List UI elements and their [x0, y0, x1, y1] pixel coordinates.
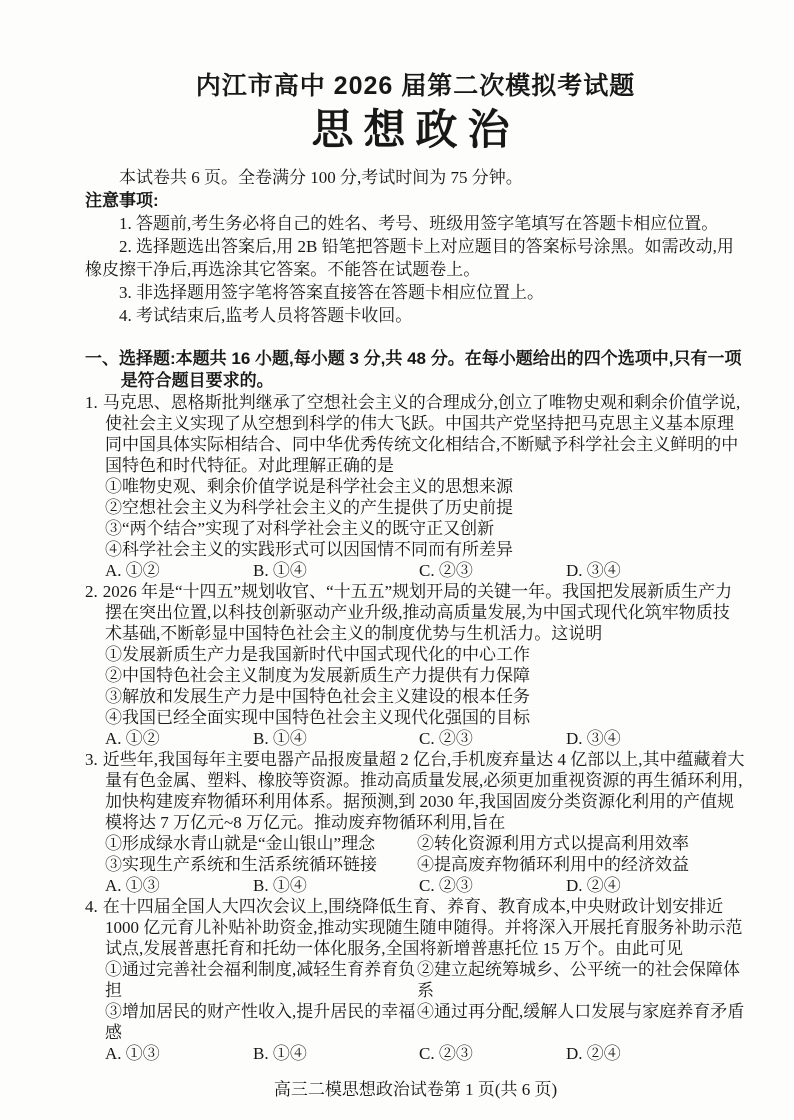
exam-title: 内江市高中 2026 届第二次模拟考试题 [85, 70, 746, 102]
option-item: ④科学社会主义的实践形式可以因国情不同而有所差异 [85, 539, 746, 560]
exam-intro: 本试卷共 6 页。全卷满分 100 分,考试时间为 75 分钟。 注意事项: 1… [85, 166, 746, 327]
option-row: ③增加居民的财产性收入,提升居民的幸福感 ④通过再分配,缓解人口发展与家庭养育矛… [85, 1001, 746, 1043]
question-stem: 1.马克思、恩格斯批判继承了空想社会主义的合理成分,创立了唯物史观和剩余价值学说… [85, 392, 746, 476]
choice-a: A. ①② [105, 560, 253, 581]
choices-row: A. ①③ B. ①④ C. ②③ D. ②④ [85, 1043, 746, 1064]
question-2: 2.2026 年是“十四五”规划收官、“十五五”规划开局的关键一年。我国把发展新… [85, 581, 746, 749]
choice-a: A. ①③ [105, 875, 253, 896]
option-row: ①通过完善社会福利制度,减轻生育养育负担 ②建立起统筹城乡、公平统一的社会保障体… [85, 959, 746, 1001]
option-item: ①通过完善社会福利制度,减轻生育养育负担 [105, 959, 417, 1001]
option-item: ②空想社会主义为科学社会主义的产生提供了历史前提 [85, 497, 746, 518]
choice-b: B. ①④ [253, 1043, 419, 1064]
option-item: ①形成绿水青山就是“金山银山”理念 [105, 833, 417, 854]
question-number: 1. [85, 393, 98, 412]
section-heading: 一、选择题:本题共 16 小题,每小题 3 分,共 48 分。在每小题给出的四个… [85, 348, 746, 392]
choice-d: D. ③④ [566, 560, 621, 581]
option-item: ②建立起统筹城乡、公平统一的社会保障体系 [417, 959, 746, 1001]
option-item: ②转化资源利用方式以提高利用效率 [417, 833, 689, 854]
question-stem-text: 2026 年是“十四五”规划收官、“十五五”规划开局的关键一年。我国把发展新质生… [103, 582, 732, 643]
choice-d: D. ③④ [566, 728, 621, 749]
question-stem-text: 马克思、恩格斯批判继承了空想社会主义的合理成分,创立了唯物史观和剩余价值学说,使… [103, 393, 741, 475]
choice-b: B. ①④ [253, 728, 419, 749]
question-4: 4.在十四届全国人大四次会议上,围绕降低生育、养育、教育成本,中央财政计划安排近… [85, 896, 746, 1064]
option-item: ①发展新质生产力是我国新时代中国式现代化的中心工作 [85, 644, 746, 665]
question-stem: 4.在十四届全国人大四次会议上,围绕降低生育、养育、教育成本,中央财政计划安排近… [85, 896, 746, 959]
option-item: ④我国已经全面实现中国特色社会主义现代化强国的目标 [85, 707, 746, 728]
option-item: ④提高废弃物循环利用中的经济效益 [417, 854, 689, 875]
page-footer: 高三二模思想政治试卷第 1 页(共 6 页) [85, 1079, 746, 1101]
question-number: 4. [85, 897, 98, 916]
choice-b: B. ①④ [253, 560, 419, 581]
choice-a: A. ①② [105, 728, 253, 749]
choices-row: A. ①② B. ①④ C. ②③ D. ③④ [85, 728, 746, 749]
option-item: ③解放和发展生产力是中国特色社会主义建设的根本任务 [85, 686, 746, 707]
notice-item-4: 4. 考试结束后,监考人员将答题卡收回。 [85, 304, 746, 327]
choice-b: B. ①④ [253, 875, 419, 896]
exam-info-line: 本试卷共 6 页。全卷满分 100 分,考试时间为 75 分钟。 [85, 166, 746, 189]
option-item: ③“两个结合”实现了对科学社会主义的既守正又创新 [85, 518, 746, 539]
question-number: 2. [85, 582, 98, 601]
notice-item-2: 2. 选择题选出答案后,用 2B 铅笔把答题卡上对应题目的答案标号涂黑。如需改动… [85, 235, 746, 281]
option-item: ④通过再分配,缓解人口发展与家庭养育矛盾 [417, 1001, 744, 1043]
exam-paper-page: 内江市高中 2026 届第二次模拟考试题 思想政治 本试卷共 6 页。全卷满分 … [0, 0, 794, 1120]
notice-item-1: 1. 答题前,考生务必将自己的姓名、考号、班级用签字笔填写在答题卡相应位置。 [85, 212, 746, 235]
question-stem: 3.近些年,我国每年主要电器产品报废量超 2 亿台,手机废弃量达 4 亿部以上,… [85, 749, 746, 833]
option-row: ③实现生产系统和生活系统循环链接 ④提高废弃物循环利用中的经济效益 [85, 854, 746, 875]
option-item: ①唯物史观、剩余价值学说是科学社会主义的思想来源 [85, 476, 746, 497]
question-1: 1.马克思、恩格斯批判继承了空想社会主义的合理成分,创立了唯物史观和剩余价值学说… [85, 392, 746, 581]
question-number: 3. [85, 750, 98, 769]
choices-row: A. ①③ B. ①④ C. ②③ D. ②④ [85, 875, 746, 896]
exam-subject-title: 思想政治 [85, 106, 746, 156]
choice-d: D. ②④ [566, 875, 621, 896]
question-3: 3.近些年,我国每年主要电器产品报废量超 2 亿台,手机废弃量达 4 亿部以上,… [85, 749, 746, 896]
option-row: ①形成绿水青山就是“金山银山”理念 ②转化资源利用方式以提高利用效率 [85, 833, 746, 854]
choice-c: C. ②③ [419, 875, 566, 896]
question-stem-text: 近些年,我国每年主要电器产品报废量超 2 亿台,手机废弃量达 4 亿部以上,其中… [103, 750, 745, 832]
choice-d: D. ②④ [566, 1043, 621, 1064]
choice-c: C. ②③ [419, 728, 566, 749]
choice-c: C. ②③ [419, 560, 566, 581]
choices-row: A. ①② B. ①④ C. ②③ D. ③④ [85, 560, 746, 581]
notice-item-3: 3. 非选择题用签字笔将答案直接答在答题卡相应位置上。 [85, 281, 746, 304]
option-item: ②中国特色社会主义制度为发展新质生产力提供有力保障 [85, 665, 746, 686]
question-stem-text: 在十四届全国人大四次会议上,围绕降低生育、养育、教育成本,中央财政计划安排近 1… [103, 897, 743, 958]
option-item: ③实现生产系统和生活系统循环链接 [105, 854, 417, 875]
notice-heading: 注意事项: [85, 189, 746, 212]
question-stem: 2.2026 年是“十四五”规划收官、“十五五”规划开局的关键一年。我国把发展新… [85, 581, 746, 644]
choice-c: C. ②③ [419, 1043, 566, 1064]
choice-a: A. ①③ [105, 1043, 253, 1064]
option-item: ③增加居民的财产性收入,提升居民的幸福感 [105, 1001, 417, 1043]
